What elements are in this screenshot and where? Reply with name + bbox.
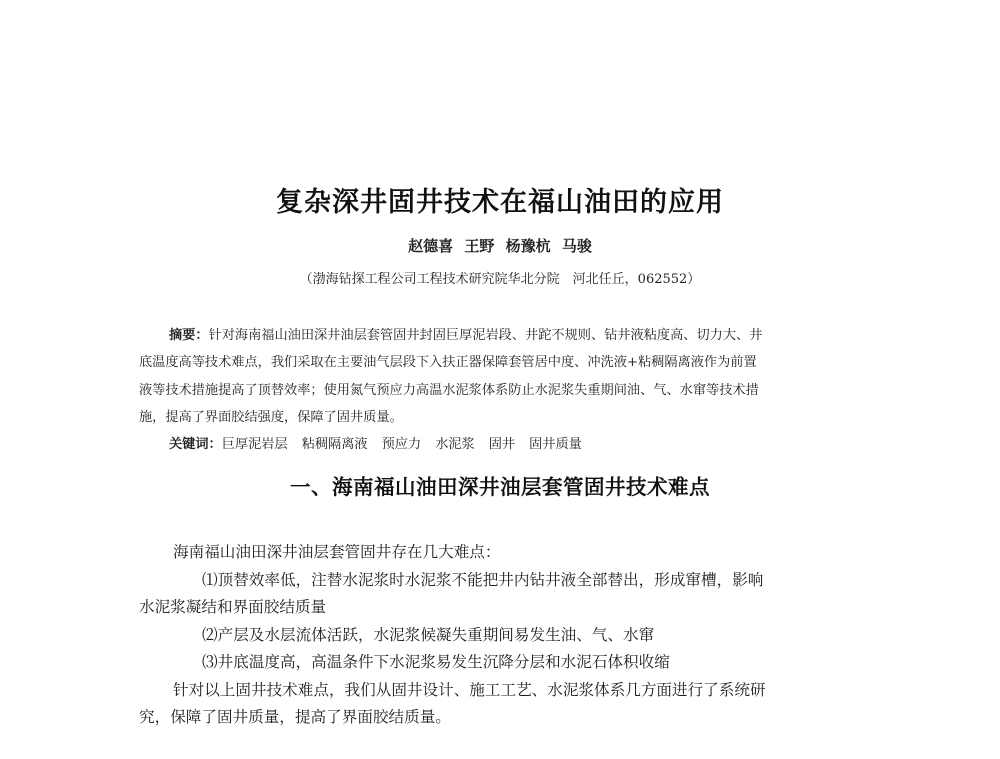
body-line: ⑴顶替效率低，注替水泥浆时水泥浆不能把井内钻井液全部替出，形成窜槽，影响 [139,567,859,595]
keyword: 粘稠隔离液 [302,437,368,452]
keyword: 巨厚泥岩层 [222,437,288,452]
paper-title: 复杂深井固井技术在福山油田的应用 [0,180,1000,219]
keywords-label: 关键词： [169,437,222,452]
section-heading: 一、海南福山油田深井油层套管固井技术难点 [0,470,1000,500]
keyword: 预应力 [382,437,422,452]
body-line: 究，保障了固井质量，提高了界面胶结质量。 [139,704,859,732]
body-line: 水泥浆凝结和界面胶结质量 [139,594,859,622]
abstract-line: 摘要：针对海南福山油田深井油层套管固井封固巨厚泥岩段、井跎不规则、钻井液粘度高、… [139,322,853,349]
section-body: 海南福山油田深井油层套管固井存在几大难点： ⑴顶替效率低，注替水泥浆时水泥浆不能… [139,539,859,732]
abstract-label: 摘要： [169,328,209,343]
paper-affiliation: （渤海钻探工程公司工程技术研究院华北分院 河北任丘，062552） [0,268,1000,287]
keywords-line: 关键词：巨厚泥岩层粘稠隔离液预应力水泥浆固井固井质量 [139,431,853,458]
body-line: ⑵产层及水层流体活跃，水泥浆候凝失重期间易发生油、气、水窜 [139,622,859,650]
keyword: 固井 [489,437,515,452]
keyword: 固井质量 [529,437,582,452]
abstract-block: 摘要：针对海南福山油田深井油层套管固井封固巨厚泥岩段、井跎不规则、钻井液粘度高、… [139,322,853,458]
body-line: 针对以上固井技术难点，我们从固井设计、施工工艺、水泥浆体系几方面进行了系统研 [139,677,859,705]
keyword: 水泥浆 [435,437,475,452]
paper-authors: 赵德喜 王野 杨豫杭 马骏 [0,235,1000,256]
abstract-line: 底温度高等技术难点，我们采取在主要油气层段下入扶正器保障套管居中度、冲洗液+粘稠… [139,349,853,376]
body-line: 海南福山油田深井油层套管固井存在几大难点： [139,539,859,567]
abstract-line: 施，提高了界面胶结强度，保障了固井质量。 [139,404,853,431]
abstract-line: 液等技术措施提高了顶替效率；使用氮气预应力高温水泥浆体系防止水泥浆失重期间油、气… [139,377,853,404]
body-line: ⑶井底温度高，高温条件下水泥浆易发生沉降分层和水泥石体积收缩 [139,649,859,677]
document-page: 复杂深井固井技术在福山油田的应用 赵德喜 王野 杨豫杭 马骏 （渤海钻探工程公司… [0,0,1000,759]
